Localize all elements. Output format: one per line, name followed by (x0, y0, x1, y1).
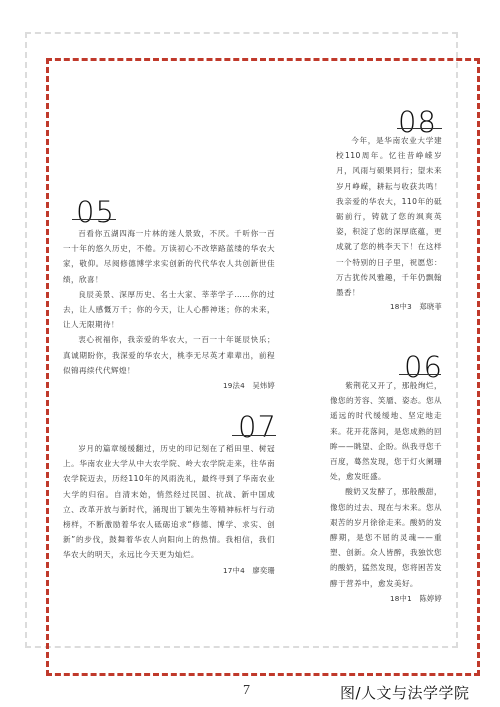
section-number: 07 (238, 410, 277, 444)
section-06-body: 紫荆花又开了，那般绚烂，像您的芳容、笑靥、姿态。您从遥远的时代缓缓地、坚定地走来… (330, 378, 442, 591)
section-06: 紫荆花又开了，那般绚烂，像您的芳容、笑靥、姿态。您从遥远的时代缓缓地、坚定地走来… (330, 378, 442, 604)
section-07-underline (232, 435, 276, 436)
paragraph: 酸奶又发酵了，那般酸甜，像您的过去、现在与未来。您从艰苦的岁月徐徐走来。酸奶的发… (330, 484, 442, 590)
section-06-signature: 18中1 陈婷婷 (330, 594, 442, 604)
section-07: 岁月的篇章缓缓翻过，历史的印记刻在了稻田里、树冠上。华南农业大学从中大农学院、岭… (63, 441, 275, 576)
section-07-heading: 07 (238, 412, 277, 442)
paragraph: 衷心祝福你，我亲爱的华农大，一百一十年诞辰快乐；真诚期盼你，我深爱的华农大，桃李… (63, 332, 275, 378)
section-05-signature: 19法4 吴炜婷 (63, 381, 275, 391)
section-number: 05 (76, 195, 115, 229)
paragraph: 紫荆花又开了，那般绚烂，像您的芳容、笑靥、姿态。您从遥远的时代缓缓地、坚定地走来… (330, 378, 442, 484)
section-07-body: 岁月的篇章缓缓翻过，历史的印记刻在了稻田里、树冠上。华南农业大学从中大农学院、岭… (63, 441, 275, 563)
section-08-signature: 18中3 郑晓菲 (336, 302, 442, 312)
paragraph: 良辰美景、深厚历史、名士大家、莘莘学子……你的过去，让人感慨万千；你的今天，让人… (63, 287, 275, 333)
section-05-body: 百看你五湖四海一片林的迷人景致，不厌。千听你一百一十年的悠久历史，不倦。万读初心… (63, 226, 275, 378)
section-05: 百看你五湖四海一片林的迷人景致，不厌。千听你一百一十年的悠久历史，不倦。万读初心… (63, 226, 275, 391)
section-08: 今年，是华南农业大学建校110周年。忆往昔峥嵘岁月，风雨与硕果同行；望未来岁月峥… (336, 133, 442, 312)
paragraph: 今年，是华南农业大学建校110周年。忆往昔峥嵘岁月，风雨与硕果同行；望未来岁月峥… (336, 133, 442, 300)
section-08-underline (397, 128, 442, 129)
section-07-signature: 17中4 廖奕珊 (63, 566, 275, 576)
section-06-underline (399, 374, 441, 375)
page-number: 7 (243, 683, 250, 699)
section-05-underline (72, 219, 116, 220)
section-08-body: 今年，是华南农业大学建校110周年。忆往昔峥嵘岁月，风雨与硕果同行；望未来岁月峥… (336, 133, 442, 300)
section-05-heading: 05 (76, 197, 115, 227)
paragraph: 岁月的篇章缓缓翻过，历史的印记刻在了稻田里、树冠上。华南农业大学从中大农学院、岭… (63, 441, 275, 563)
image-caption: 图/人文与法学学院 (340, 682, 470, 703)
paragraph: 百看你五湖四海一片林的迷人景致，不厌。千听你一百一十年的悠久历史，不倦。万读初心… (63, 226, 275, 287)
